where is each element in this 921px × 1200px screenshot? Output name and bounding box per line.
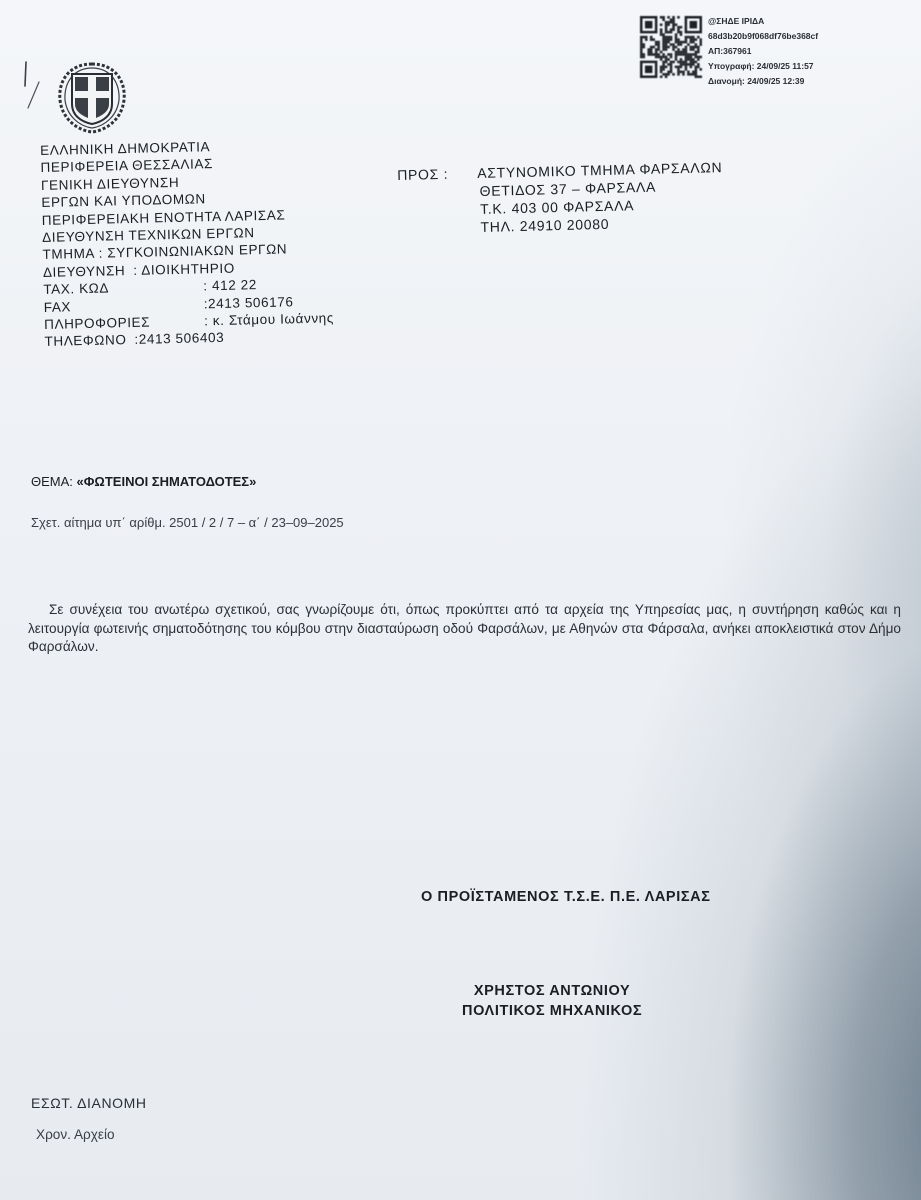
recipient-address: ΑΣΤΥΝΟΜΙΚΟ ΤΜΗΜΑ ΦΑΡΣΑΛΩΝ ΘΕΤΙΔΟΣ 37 – Φ…	[477, 158, 724, 236]
signatory-name: ΧΡΗΣΤΟΣ ΑΝΤΩΝΙΟΥ	[462, 981, 642, 1001]
stamp-distribution-time: Διανομή: 24/09/25 12:39	[708, 74, 818, 89]
stamp-signature-time: Υπογραφή: 24/09/25 11:57	[708, 59, 818, 74]
distribution-item: Χρον. Αρχείο	[36, 1127, 115, 1142]
stamp-hash: 68d3b20b9f068df76be368cf	[708, 29, 818, 44]
sender-info-value: : κ. Στάμου Ιωάννης	[204, 309, 334, 329]
subject-label: ΘΕΜΑ:	[31, 474, 77, 489]
subject-value: «ΦΩΤΕΙΝΟΙ ΣΗΜΑΤΟΔΟΤΕΣ»	[77, 474, 257, 489]
body-paragraph: Σε συνέχεια του ανωτέρω σχετικού, σας γν…	[28, 601, 901, 657]
signatory-block: ΧΡΗΣΤΟΣ ΑΝΤΩΝΙΟΥ ΠΟΛΙΤΙΚΟΣ ΜΗΧΑΝΙΚΟΣ	[462, 981, 642, 1021]
body-text: Σε συνέχεια του ανωτέρω σχετικού, σας γν…	[28, 601, 901, 657]
recipient-label: ΠΡΟΣ :	[397, 164, 479, 238]
signatory-role: ΠΟΛΙΤΙΚΟΣ ΜΗΧΑΝΙΚΟΣ	[462, 1001, 642, 1021]
greek-coat-of-arms-icon	[52, 58, 132, 138]
sender-address-label: ΔΙΕΥΘΥΝΣΗ	[43, 262, 126, 281]
sender-postal-value: : 412 22	[203, 276, 257, 295]
protocol-stamp: @ΣΗΔΕ ΙΡΙΔΑ 68d3b20b9f068df76be368cf ΑΠ:…	[640, 14, 818, 89]
sender-block: ΕΛΛΗΝΙΚΗ ΔΗΜΟΚΡΑΤΙΑ ΠΕΡΙΦΕΡΕΙΑ ΘΕΣΣΑΛΙΑΣ…	[40, 135, 334, 350]
stamp-text: @ΣΗΔΕ ΙΡΙΔΑ 68d3b20b9f068df76be368cf ΑΠ:…	[708, 14, 818, 89]
sender-phone-label: ΤΗΛΕΦΩΝΟ	[44, 332, 126, 351]
recipient-block: ΠΡΟΣ : ΑΣΤΥΝΟΜΙΚΟ ΤΜΗΜΑ ΦΑΡΣΑΛΩΝ ΘΕΤΙΔΟΣ…	[397, 158, 724, 238]
signatory-title: Ο ΠΡΟΪΣΤΑΜΕΝΟΣ Τ.Σ.Ε. Π.Ε. ΛΑΡΙΣΑΣ	[421, 889, 711, 905]
handwritten-mark-icon	[22, 60, 42, 120]
stamp-system: @ΣΗΔΕ ΙΡΙΔΑ	[708, 14, 818, 29]
reference-line: Σχετ. αίτημα υπ΄ αρίθμ. 2501 / 2 / 7 – α…	[31, 515, 344, 530]
stamp-protocol-number: ΑΠ:367961	[708, 44, 818, 59]
sender-phone-value: :2413 506403	[134, 329, 224, 348]
sender-fax-value: :2413 506176	[204, 293, 294, 312]
document-page: @ΣΗΔΕ ΙΡΙΔΑ 68d3b20b9f068df76be368cf ΑΠ:…	[0, 0, 921, 1200]
subject-line: ΘΕΜΑ: «ΦΩΤΕΙΝΟΙ ΣΗΜΑΤΟΔΟΤΕΣ»	[31, 474, 256, 489]
qr-code-icon	[640, 16, 702, 78]
internal-distribution-title: ΕΣΩΤ. ΔΙΑΝΟΜΗ	[31, 1095, 147, 1111]
